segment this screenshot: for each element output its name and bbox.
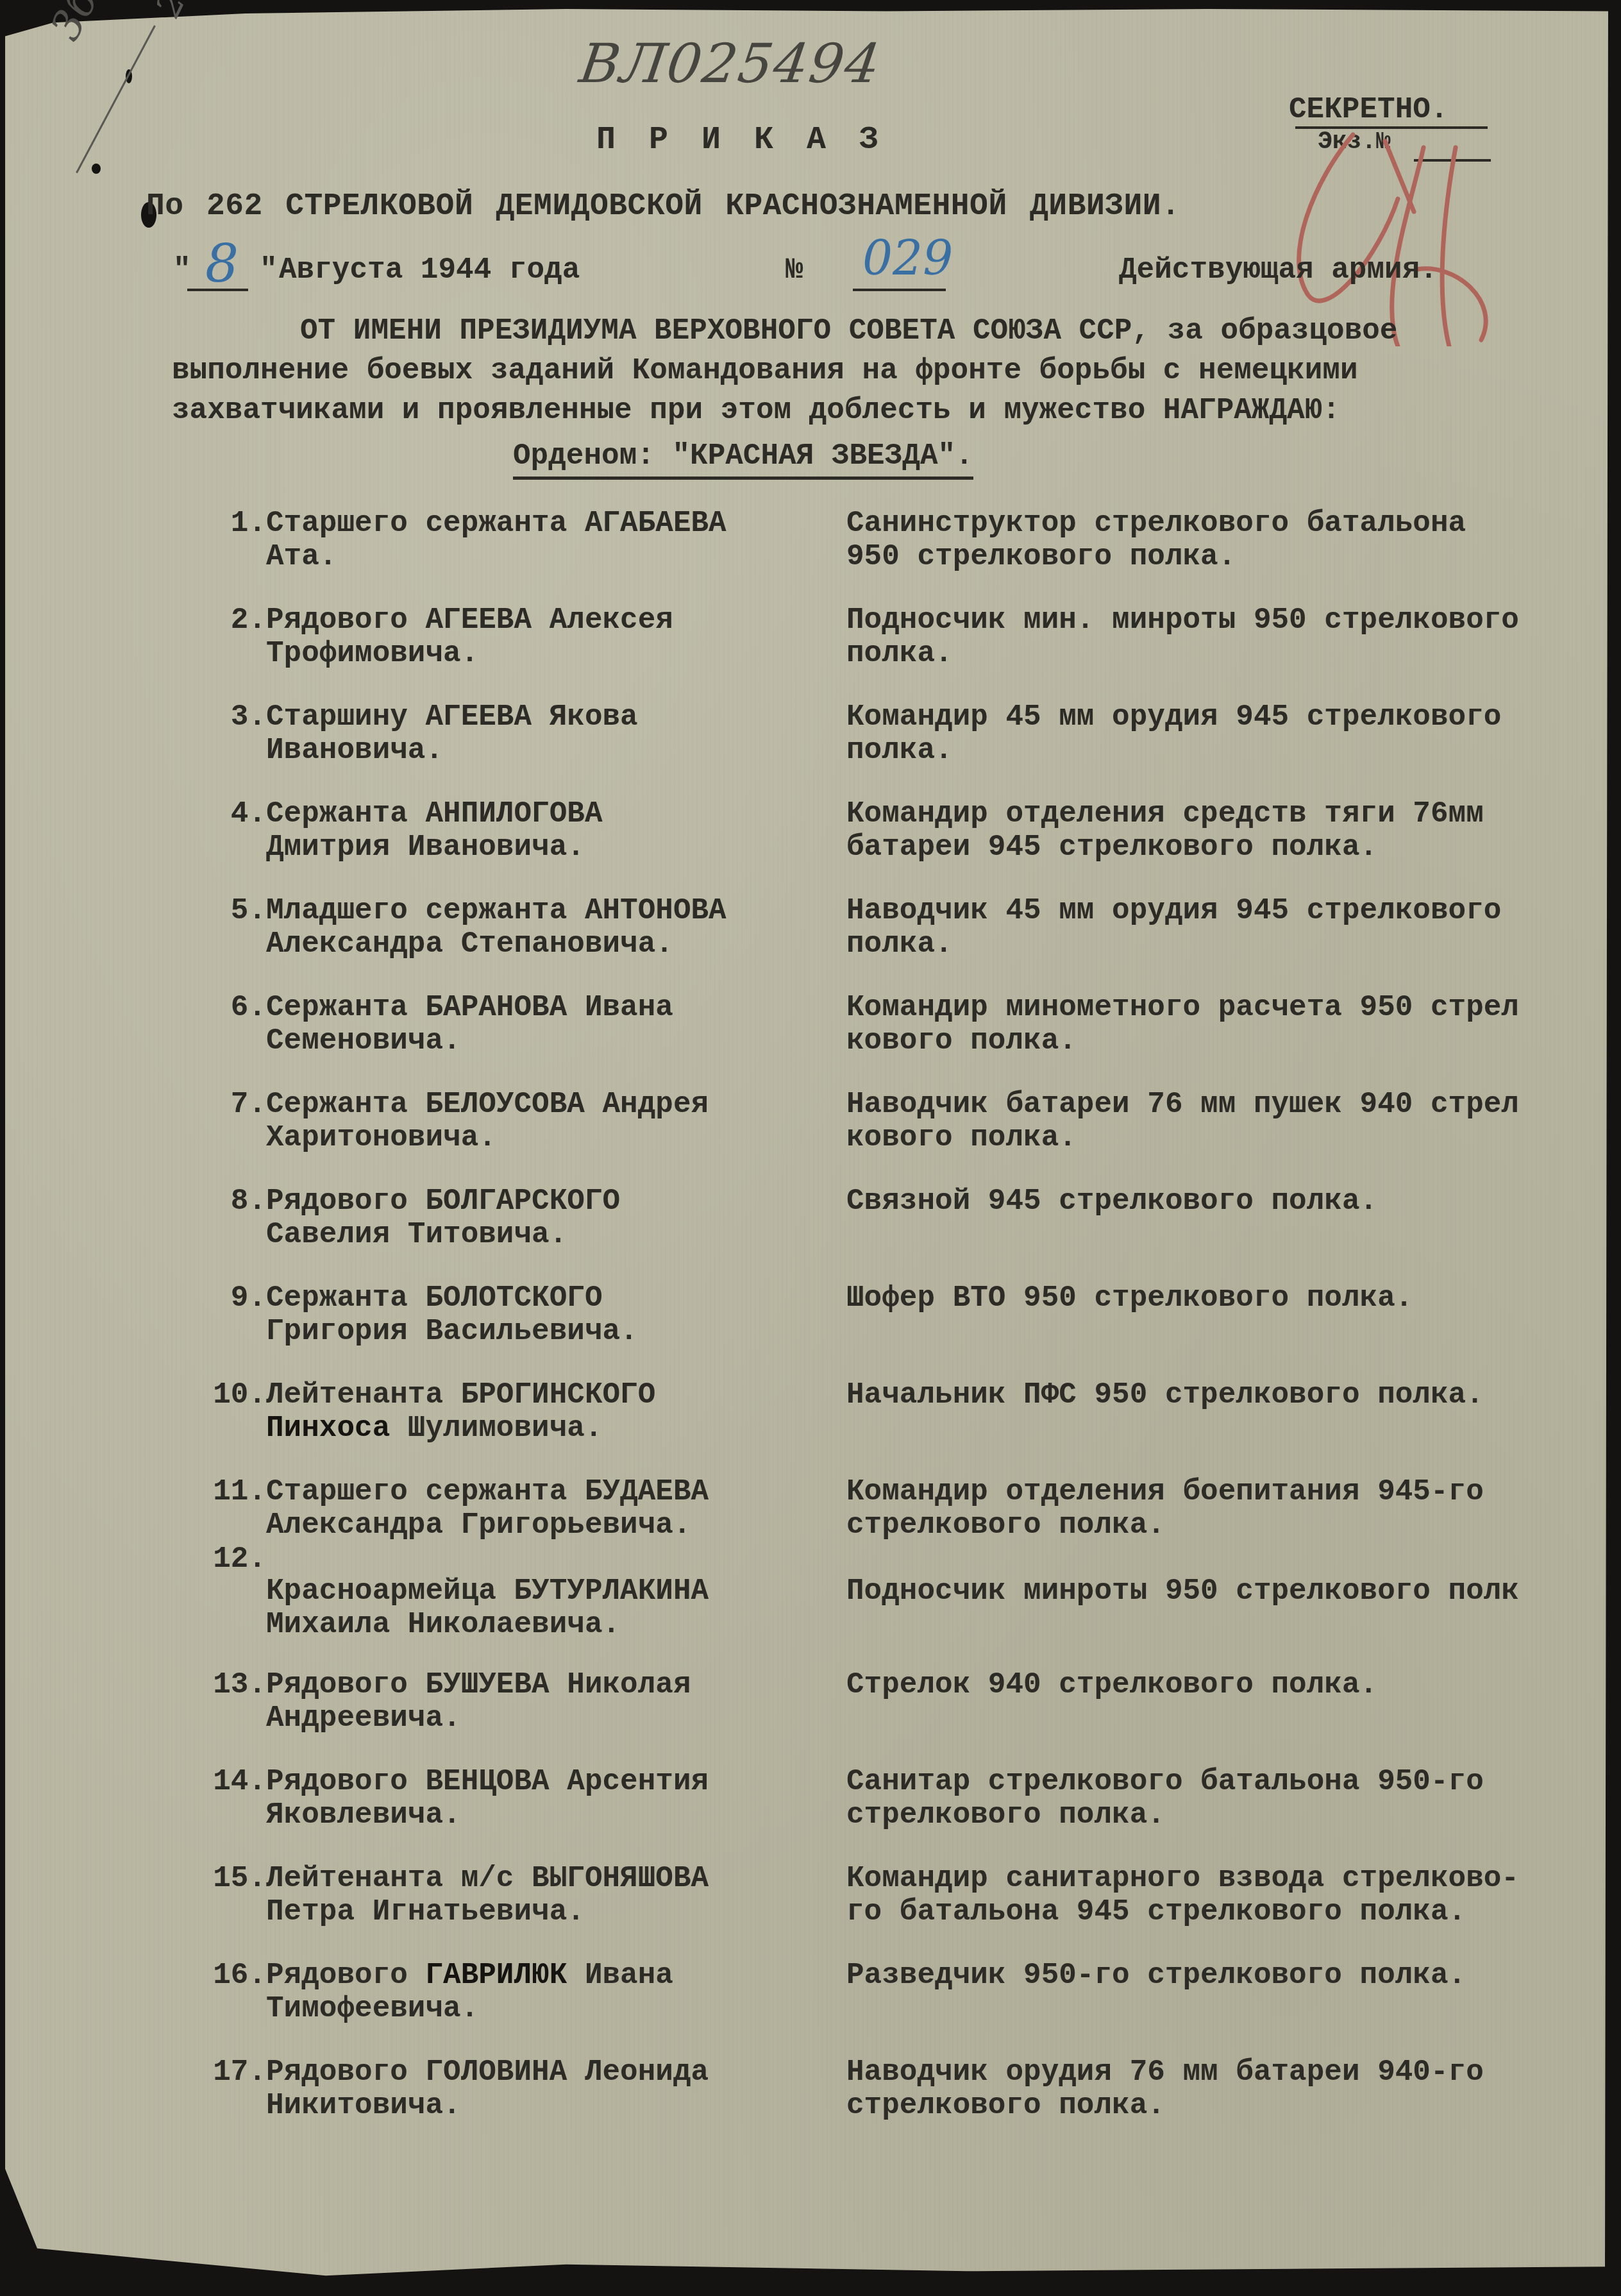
recipient-name: Сержанта АНПИЛОГОВА Дмитрия Ивановича. <box>266 797 907 864</box>
recipient-role: Командир 45 мм орудия 945 стрелкового по… <box>846 700 1603 767</box>
recipient-role: Командир отделения средств тяги 76мм бат… <box>846 797 1603 864</box>
recipient-row: 14. Рядового ВЕНЦОВА Арсентия Яковлевича… <box>180 1765 1603 1862</box>
recipient-role: Командир минометного расчета 950 стрел к… <box>846 991 1603 1058</box>
preamble-paragraph: ОТ ИМЕНИ ПРЕЗИДИУМА ВЕРХОВНОГО СОВЕТА СО… <box>172 311 1538 430</box>
recipient-name: Рядового БУШУЕВА Николая Андреевича. <box>266 1668 907 1735</box>
recipient-name: Красноармейца БУТУРЛАКИНА Михаила Никола… <box>266 1574 907 1641</box>
archive-number: ВЛ025494 <box>576 32 885 95</box>
recipient-number: 13. <box>180 1668 266 1701</box>
recipient-name: Младшего сержанта АНТОНОВА Александра Ст… <box>266 894 907 961</box>
award-name: Орденом: "КРАСНАЯ ЗВЕЗДА". <box>513 439 973 480</box>
classification-label: СЕКРЕТНО. <box>1289 93 1448 126</box>
recipient-role: Наводчик орудия 76 мм батареи 940-го стр… <box>846 2055 1603 2122</box>
recipient-row: 13. Рядового БУШУЕВА Николая Андреевича.… <box>180 1668 1603 1765</box>
recipient-role: Командир санитарного взвода стрелково- г… <box>846 1862 1603 1929</box>
document-title: ПРИКАЗ <box>596 122 912 158</box>
recipient-number: 1. <box>180 507 266 540</box>
recipient-role: Подносчик мин. минроты 950 стрелкового п… <box>846 604 1603 670</box>
recipient-number: 2. <box>180 604 266 637</box>
recipient-row: 12. Красноармейца БУТУРЛАКИНА Михаила Ни… <box>180 1542 1603 1636</box>
date-underline <box>187 289 248 291</box>
recipient-number: 7. <box>180 1088 266 1121</box>
recipient-list: 1. Старшего сержанта АГАБАЕВА Ата. Санин… <box>180 507 1603 2152</box>
recipient-number: 6. <box>180 991 266 1024</box>
recipient-number: 8. <box>180 1185 266 1218</box>
recipient-name: Рядового ГОЛОВИНА Леонида Никитовича. <box>266 2055 907 2122</box>
date-month-year: Августа 1944 года <box>279 253 580 287</box>
punch-hole <box>92 164 101 174</box>
recipient-role: Связной 945 стрелкового полка. <box>846 1185 1603 1218</box>
recipient-row: 8. Рядового БОЛГАРСКОГО Савелия Титовича… <box>180 1185 1603 1281</box>
order-number-underline <box>853 289 946 291</box>
recipient-number: 4. <box>180 797 266 831</box>
order-number-sign: № <box>785 253 803 287</box>
recipient-row: 5. Младшего сержанта АНТОНОВА Александра… <box>180 894 1603 991</box>
recipient-role: Санинструктор стрелкового батальона 950 … <box>846 507 1603 573</box>
recipient-name: Лейтенанта м/с ВЫГОНЯШОВА Петра Игнатьев… <box>266 1862 907 1929</box>
recipient-name: Лейтенанта БРОГИНСКОГО Пинхоса Шулимович… <box>266 1378 907 1445</box>
recipient-number: 14. <box>180 1765 266 1798</box>
recipient-number: 3. <box>180 700 266 734</box>
recipient-name: Рядового АГЕЕВА Алексея Трофимовича. <box>266 604 907 670</box>
recipient-number: 12. <box>180 1542 266 1576</box>
recipient-row: 4. Сержанта АНПИЛОГОВА Дмитрия Ивановича… <box>180 797 1603 894</box>
recipient-row: 15. Лейтенанта м/с ВЫГОНЯШОВА Петра Игна… <box>180 1862 1603 1959</box>
recipient-number: 9. <box>180 1281 266 1315</box>
recipient-number: 15. <box>180 1862 266 1895</box>
order-number-handwritten: 029 <box>862 231 953 286</box>
name-prefix: Рядового <box>266 1959 425 1992</box>
name-suffix: Шулимовича. <box>390 1412 602 1445</box>
recipient-role: Разведчик 950-го стрелкового полка. <box>846 1959 1603 1992</box>
recipient-name: Старшего сержанта АГАБАЕВА Ата. <box>266 507 907 573</box>
recipient-row: 11. Старшего сержанта БУДАЕВА Александра… <box>180 1475 1603 1542</box>
recipient-row: 2. Рядового АГЕЕВА Алексея Трофимовича. … <box>180 604 1603 700</box>
recipient-row: 16. Рядового ГАВРИЛЮК Ивана Тимофеевича.… <box>180 1959 1603 2055</box>
date-quote-close: " <box>260 253 278 287</box>
recipient-row: 3. Старшину АГЕЕВА Якова Ивановича. Кома… <box>180 700 1603 797</box>
date-day-handwritten: 8 <box>205 234 239 295</box>
name-prefix: Лейтенанта БРОГИНСКОГО <box>266 1378 655 1412</box>
recipient-role: Подносчик минроты 950 стрелкового полк <box>846 1574 1603 1608</box>
division-heading: По 262 СТРЕЛКОВОЙ ДЕМИДОВСКОЙ КРАСНОЗНАМ… <box>146 189 1180 224</box>
recipient-role: Стрелок 940 стрелкового полка. <box>846 1668 1603 1701</box>
recipient-row: 1. Старшего сержанта АГАБАЕВА Ата. Санин… <box>180 507 1603 604</box>
recipient-number: 16. <box>180 1959 266 1992</box>
recipient-number: 10. <box>180 1378 266 1412</box>
recipient-name: Рядового БОЛГАРСКОГО Савелия Титовича. <box>266 1185 907 1251</box>
recipient-name: Сержанта БОЛОТСКОГО Григория Васильевича… <box>266 1281 907 1348</box>
recipient-row: 10. Лейтенанта БРОГИНСКОГО Пинхоса Шулим… <box>180 1378 1603 1475</box>
recipient-row: 9. Сержанта БОЛОТСКОГО Григория Васильев… <box>180 1281 1603 1378</box>
recipient-role: Наводчик батареи 76 мм пушек 940 стрел к… <box>846 1088 1603 1154</box>
recipient-number: 11. <box>180 1475 266 1508</box>
date-quote-open: " <box>173 253 191 287</box>
recipient-role: Санитар стрелкового батальона 950-го стр… <box>846 1765 1603 1832</box>
recipient-name: Сержанта БАРАНОВА Ивана Семеновича. <box>266 991 907 1058</box>
recipient-role: Командир отделения боепитания 945-го стр… <box>846 1475 1603 1542</box>
recipient-row: 6. Сержанта БАРАНОВА Ивана Семеновича. К… <box>180 991 1603 1088</box>
recipient-name: Рядового ГАВРИЛЮК Ивана Тимофеевича. <box>266 1959 907 2025</box>
recipient-name: Старшего сержанта БУДАЕВА Александра Гри… <box>266 1475 907 1542</box>
recipient-name: Старшину АГЕЕВА Якова Ивановича. <box>266 700 907 767</box>
recipient-role: Начальник ПФС 950 стрелкового полка. <box>846 1378 1603 1412</box>
recipient-number: 5. <box>180 894 266 927</box>
recipient-row: 17. Рядового ГОЛОВИНА Леонида Никитовича… <box>180 2055 1603 2152</box>
recipient-role: Шофер ВТО 950 стрелкового полка. <box>846 1281 1603 1315</box>
name-overprint: Пинхоса <box>266 1412 390 1445</box>
recipient-role: Наводчик 45 мм орудия 945 стрелкового по… <box>846 894 1603 961</box>
recipient-row: 7. Сержанта БЕЛОУСОВА Андрея Харитонович… <box>180 1088 1603 1185</box>
name-overprint: ГАВРИЛЮК <box>425 1959 567 1992</box>
recipient-name: Сержанта БЕЛОУСОВА Андрея Харитоновича. <box>266 1088 907 1154</box>
recipient-name: Рядового ВЕНЦОВА Арсентия Яковлевича. <box>266 1765 907 1832</box>
preamble-text: ОТ ИМЕНИ ПРЕЗИДИУМА ВЕРХОВНОГО СОВЕТА СО… <box>172 314 1397 427</box>
location-label: Действующая армия. <box>1119 253 1438 287</box>
recipient-number: 17. <box>180 2055 266 2089</box>
